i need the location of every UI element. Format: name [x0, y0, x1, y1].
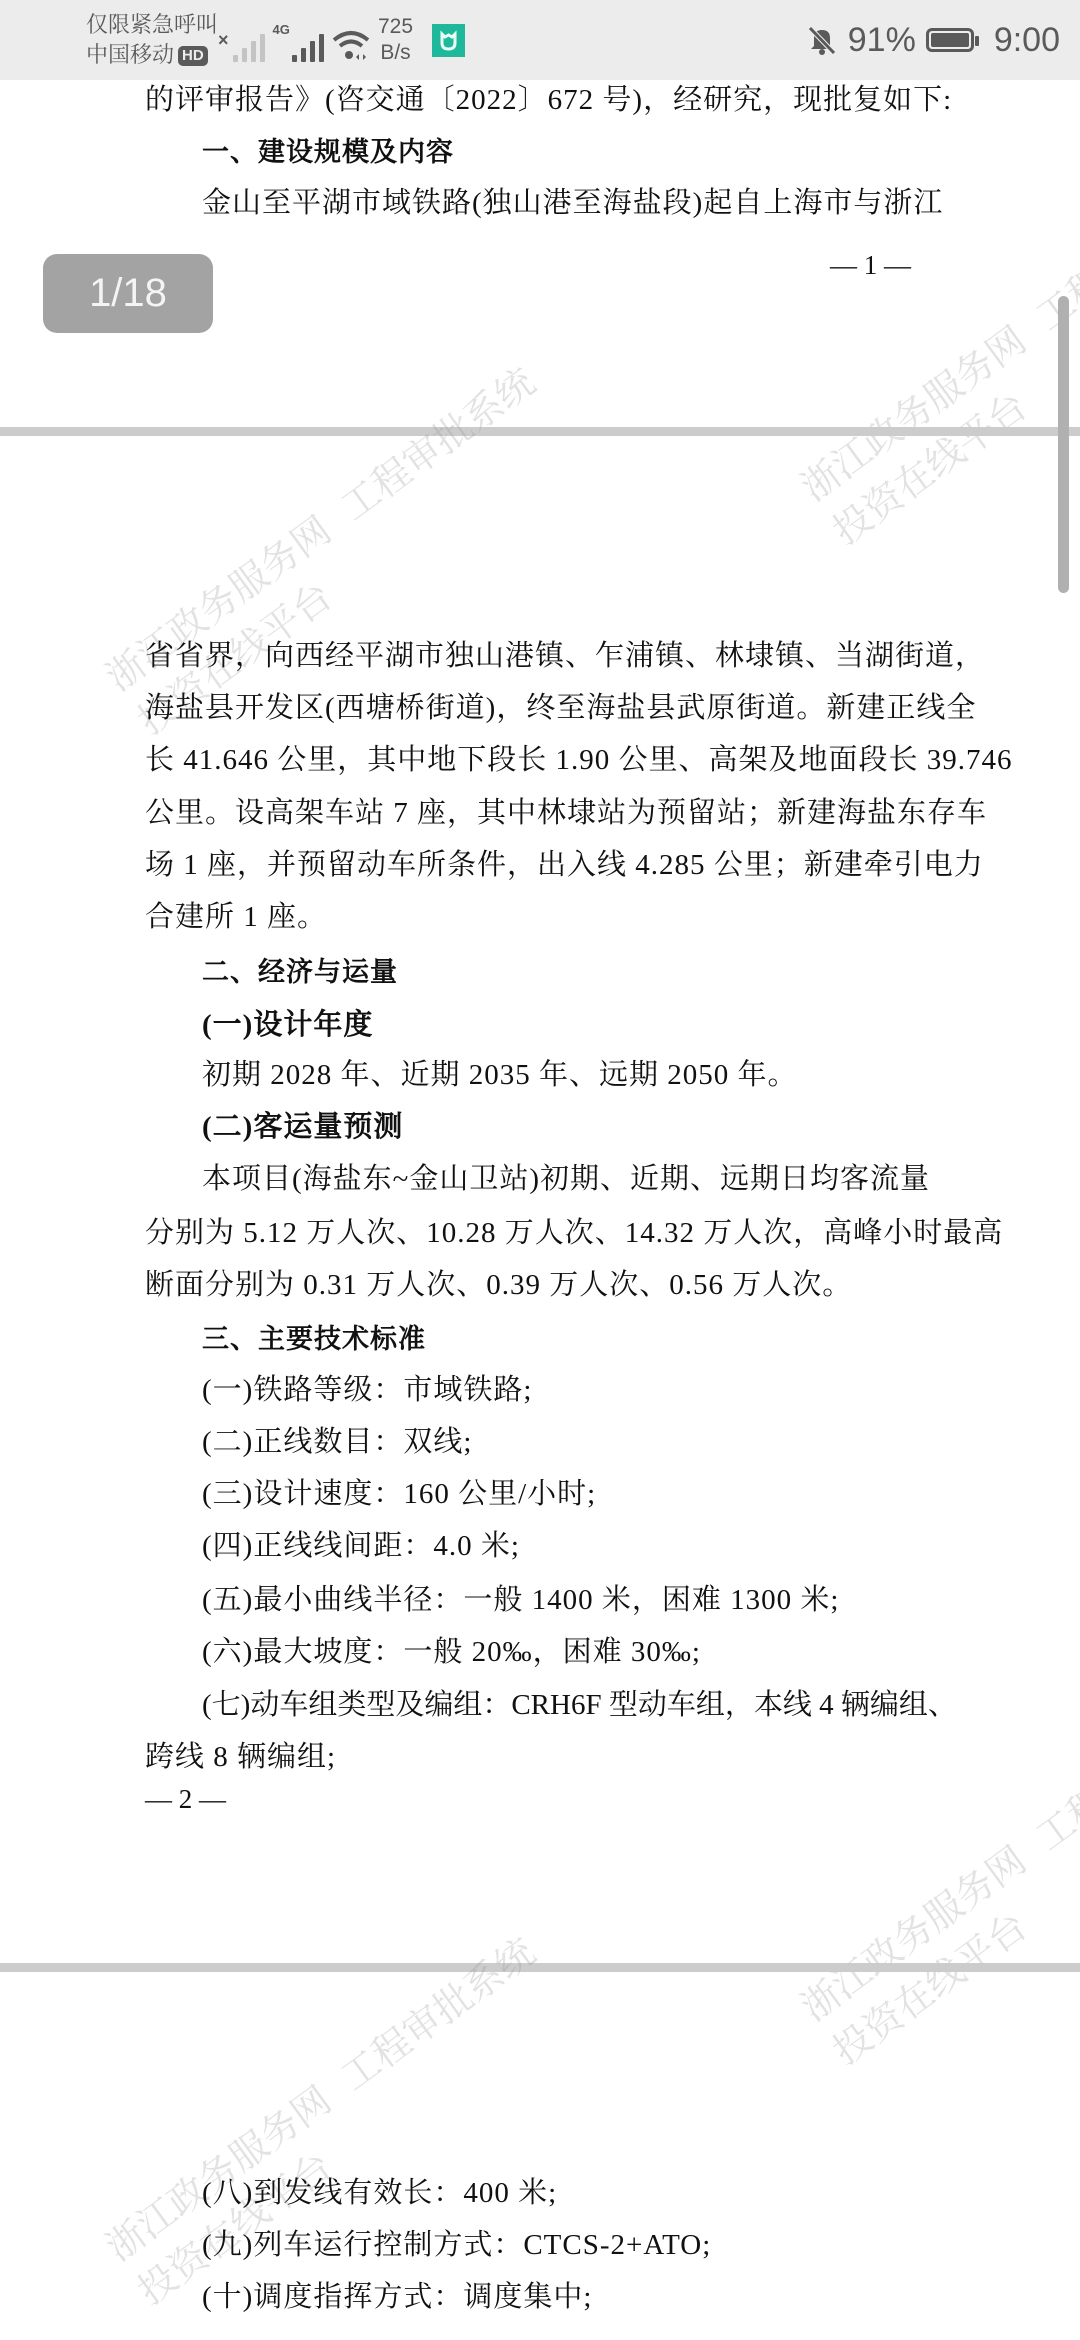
- doc-line: 分别为 5.12 万人次、10.28 万人次、14.32 万人次，高峰小时最高: [145, 1215, 1003, 1251]
- doc-line: 跨线 8 辆编组;: [145, 1739, 336, 1775]
- network-speed-value: 725: [378, 14, 413, 40]
- doc-line: 断面分别为 0.31 万人次、0.39 万人次、0.56 万人次。: [145, 1267, 852, 1303]
- carrier-name: 中国移动: [86, 42, 174, 67]
- watermark-line1: 浙江政务服务网 工程审批系统: [98, 1929, 543, 2269]
- page-separator: [0, 427, 1080, 436]
- doc-line: (八)到发线有效长：400 米;: [202, 2175, 557, 2211]
- watermark-line2: 投资在线平台: [825, 1904, 1035, 2074]
- doc-line: (七)动车组类型及编组：CRH6F 型动车组，本线 4 辆编组、: [202, 1687, 957, 1723]
- doc-line: (四)正线线间距：4.0 米;: [202, 1528, 520, 1564]
- section-heading: 三、主要技术标准: [202, 1322, 426, 1358]
- emergency-calls-only-text: 仅限紧急呼叫: [86, 10, 218, 40]
- wifi-icon: [332, 30, 370, 62]
- doc-line: 场 1 座，并预留动车所条件，出入线 4.285 公里；新建牵引电力: [145, 847, 984, 883]
- status-bar: 仅限紧急呼叫 中国移动HD × 4G 725 B/s: [0, 0, 1080, 80]
- watermark: 浙江政务服务网 工程审批系统 投资在线平台: [790, 165, 1080, 557]
- scrollbar-thumb[interactable]: [1058, 296, 1069, 593]
- section-heading: 一、建设规模及内容: [202, 135, 454, 171]
- hd-voice-badge: HD: [178, 46, 208, 66]
- watermark: 浙江政务服务网 工程审批系统 投资在线平台: [95, 355, 578, 747]
- mute-bell-icon: [806, 24, 838, 56]
- page-number-footer: — 2 —: [145, 1781, 226, 1817]
- section-heading: 二、经济与运量: [202, 955, 398, 991]
- subsection-heading: (二)客运量预测: [202, 1109, 403, 1145]
- signal-4g-icon: [292, 32, 324, 62]
- network-speed-unit: B/s: [378, 40, 413, 66]
- doc-line: (三)设计速度：160 公里/小时;: [202, 1476, 596, 1512]
- battery-percent: 91%: [848, 21, 916, 60]
- signal-icons: × 4G: [218, 18, 370, 62]
- doc-line: 省省界，向西经平湖市独山港镇、乍浦镇、林埭镇、当湖街道，: [145, 638, 985, 674]
- doc-line: (九)列车运行控制方式：CTCS-2+ATO;: [202, 2227, 711, 2263]
- doc-line: 本项目(海盐东~金山卫站)初期、近期、远期日均客流量: [202, 1161, 930, 1197]
- doc-line: 合建所 1 座。: [145, 899, 327, 935]
- doc-line: (十)调度指挥方式：调度集中;: [202, 2279, 592, 2315]
- doc-line: (二)正线数目：双线;: [202, 1424, 472, 1460]
- subsection-heading: (一)设计年度: [202, 1007, 373, 1043]
- clock-time: 9:00: [994, 21, 1060, 60]
- watermark: 浙江政务服务网 工程审批系统 投资在线平台: [790, 1685, 1080, 2077]
- network-speed: 725 B/s: [378, 14, 413, 66]
- doc-line: (六)最大坡度：一般 20‰，困难 30‰;: [202, 1634, 701, 1670]
- doc-line: 海盐县开发区(西塘桥街道)，终至海盐县武原街道。新建正线全: [145, 690, 976, 726]
- battery-icon: [926, 28, 974, 52]
- doc-line: (五)最小曲线半径：一般 1400 米，困难 1300 米;: [202, 1582, 839, 1618]
- doc-line: (一)铁路等级：市域铁路;: [202, 1372, 532, 1408]
- carrier-info: 仅限紧急呼叫 中国移动HD: [86, 10, 218, 70]
- doc-line: 长 41.646 公里，其中地下段长 1.90 公里、高架及地面段长 39.74…: [145, 742, 1013, 778]
- pdf-viewer[interactable]: 的评审报告》(咨交通〔2022〕672 号)，经研究，现批复如下: 一、建设规模…: [0, 80, 1080, 2340]
- doc-line: 的评审报告》(咨交通〔2022〕672 号)，经研究，现批复如下:: [145, 82, 952, 118]
- watermark-line1: 浙江政务服务网 工程审批系统: [793, 1689, 1080, 2029]
- doc-line: 金山至平湖市域铁路(独山港至海盐段)起自上海市与浙江: [202, 185, 943, 221]
- page-separator: [0, 1963, 1080, 1972]
- status-right: 91% 9:00: [806, 0, 1060, 80]
- doc-line: 公里。设高架车站 7 座，其中林埭站为预留站；新建海盐东存车: [145, 795, 987, 831]
- doc-line: 初期 2028 年、近期 2035 年、远期 2050 年。: [202, 1057, 798, 1093]
- page-number-footer: — 1 —: [830, 247, 911, 283]
- mi-home-app-icon: [432, 24, 465, 57]
- sim-no-signal-icon: ×: [218, 30, 229, 51]
- page-indicator-badge: 1/18: [43, 254, 213, 333]
- watermark-line2: 投资在线平台: [825, 384, 1035, 554]
- network-type-label: 4G: [273, 22, 290, 37]
- sim1-signal-bars-icon: [233, 32, 265, 62]
